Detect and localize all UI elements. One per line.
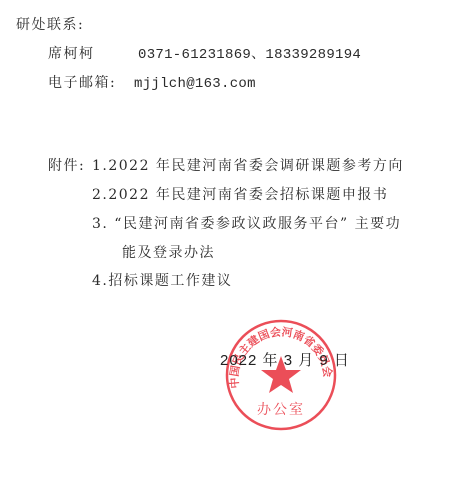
contact-name-row: 席柯柯0371-61231869、18339289194 — [48, 45, 361, 64]
official-seal-icon: 中国民主建国会河南省委员会 办公室 — [224, 318, 338, 432]
contact-phones: 0371-61231869、18339289194 — [138, 47, 361, 63]
attachment-item-1: 1.2022 年民建河南省委会调研课题参考方向 — [92, 157, 404, 175]
contact-email-row: 电子邮箱:mjjlch@163.com — [48, 74, 256, 93]
attachment-item-3-continued: 能及登录办法 — [122, 244, 215, 262]
attachment-item-4: 4.招标课题工作建议 — [92, 272, 232, 290]
email-label: 电子邮箱: — [48, 74, 134, 92]
attachments-label: 附件: — [48, 157, 85, 175]
seal-center-text: 办公室 — [257, 401, 305, 418]
contact-email: mjjlch@163.com — [134, 76, 256, 92]
contact-name: 席柯柯 — [48, 45, 138, 63]
attachment-item-2: 2.2022 年民建河南省委会招标课题申报书 — [92, 186, 388, 204]
attachment-item-3: 3. “民建河南省委参政议政服务平台” 主要功 — [92, 215, 401, 233]
signature-date: 2022 年 3 月 9 日 — [220, 352, 350, 370]
contact-heading: 研处联系: — [16, 16, 84, 34]
